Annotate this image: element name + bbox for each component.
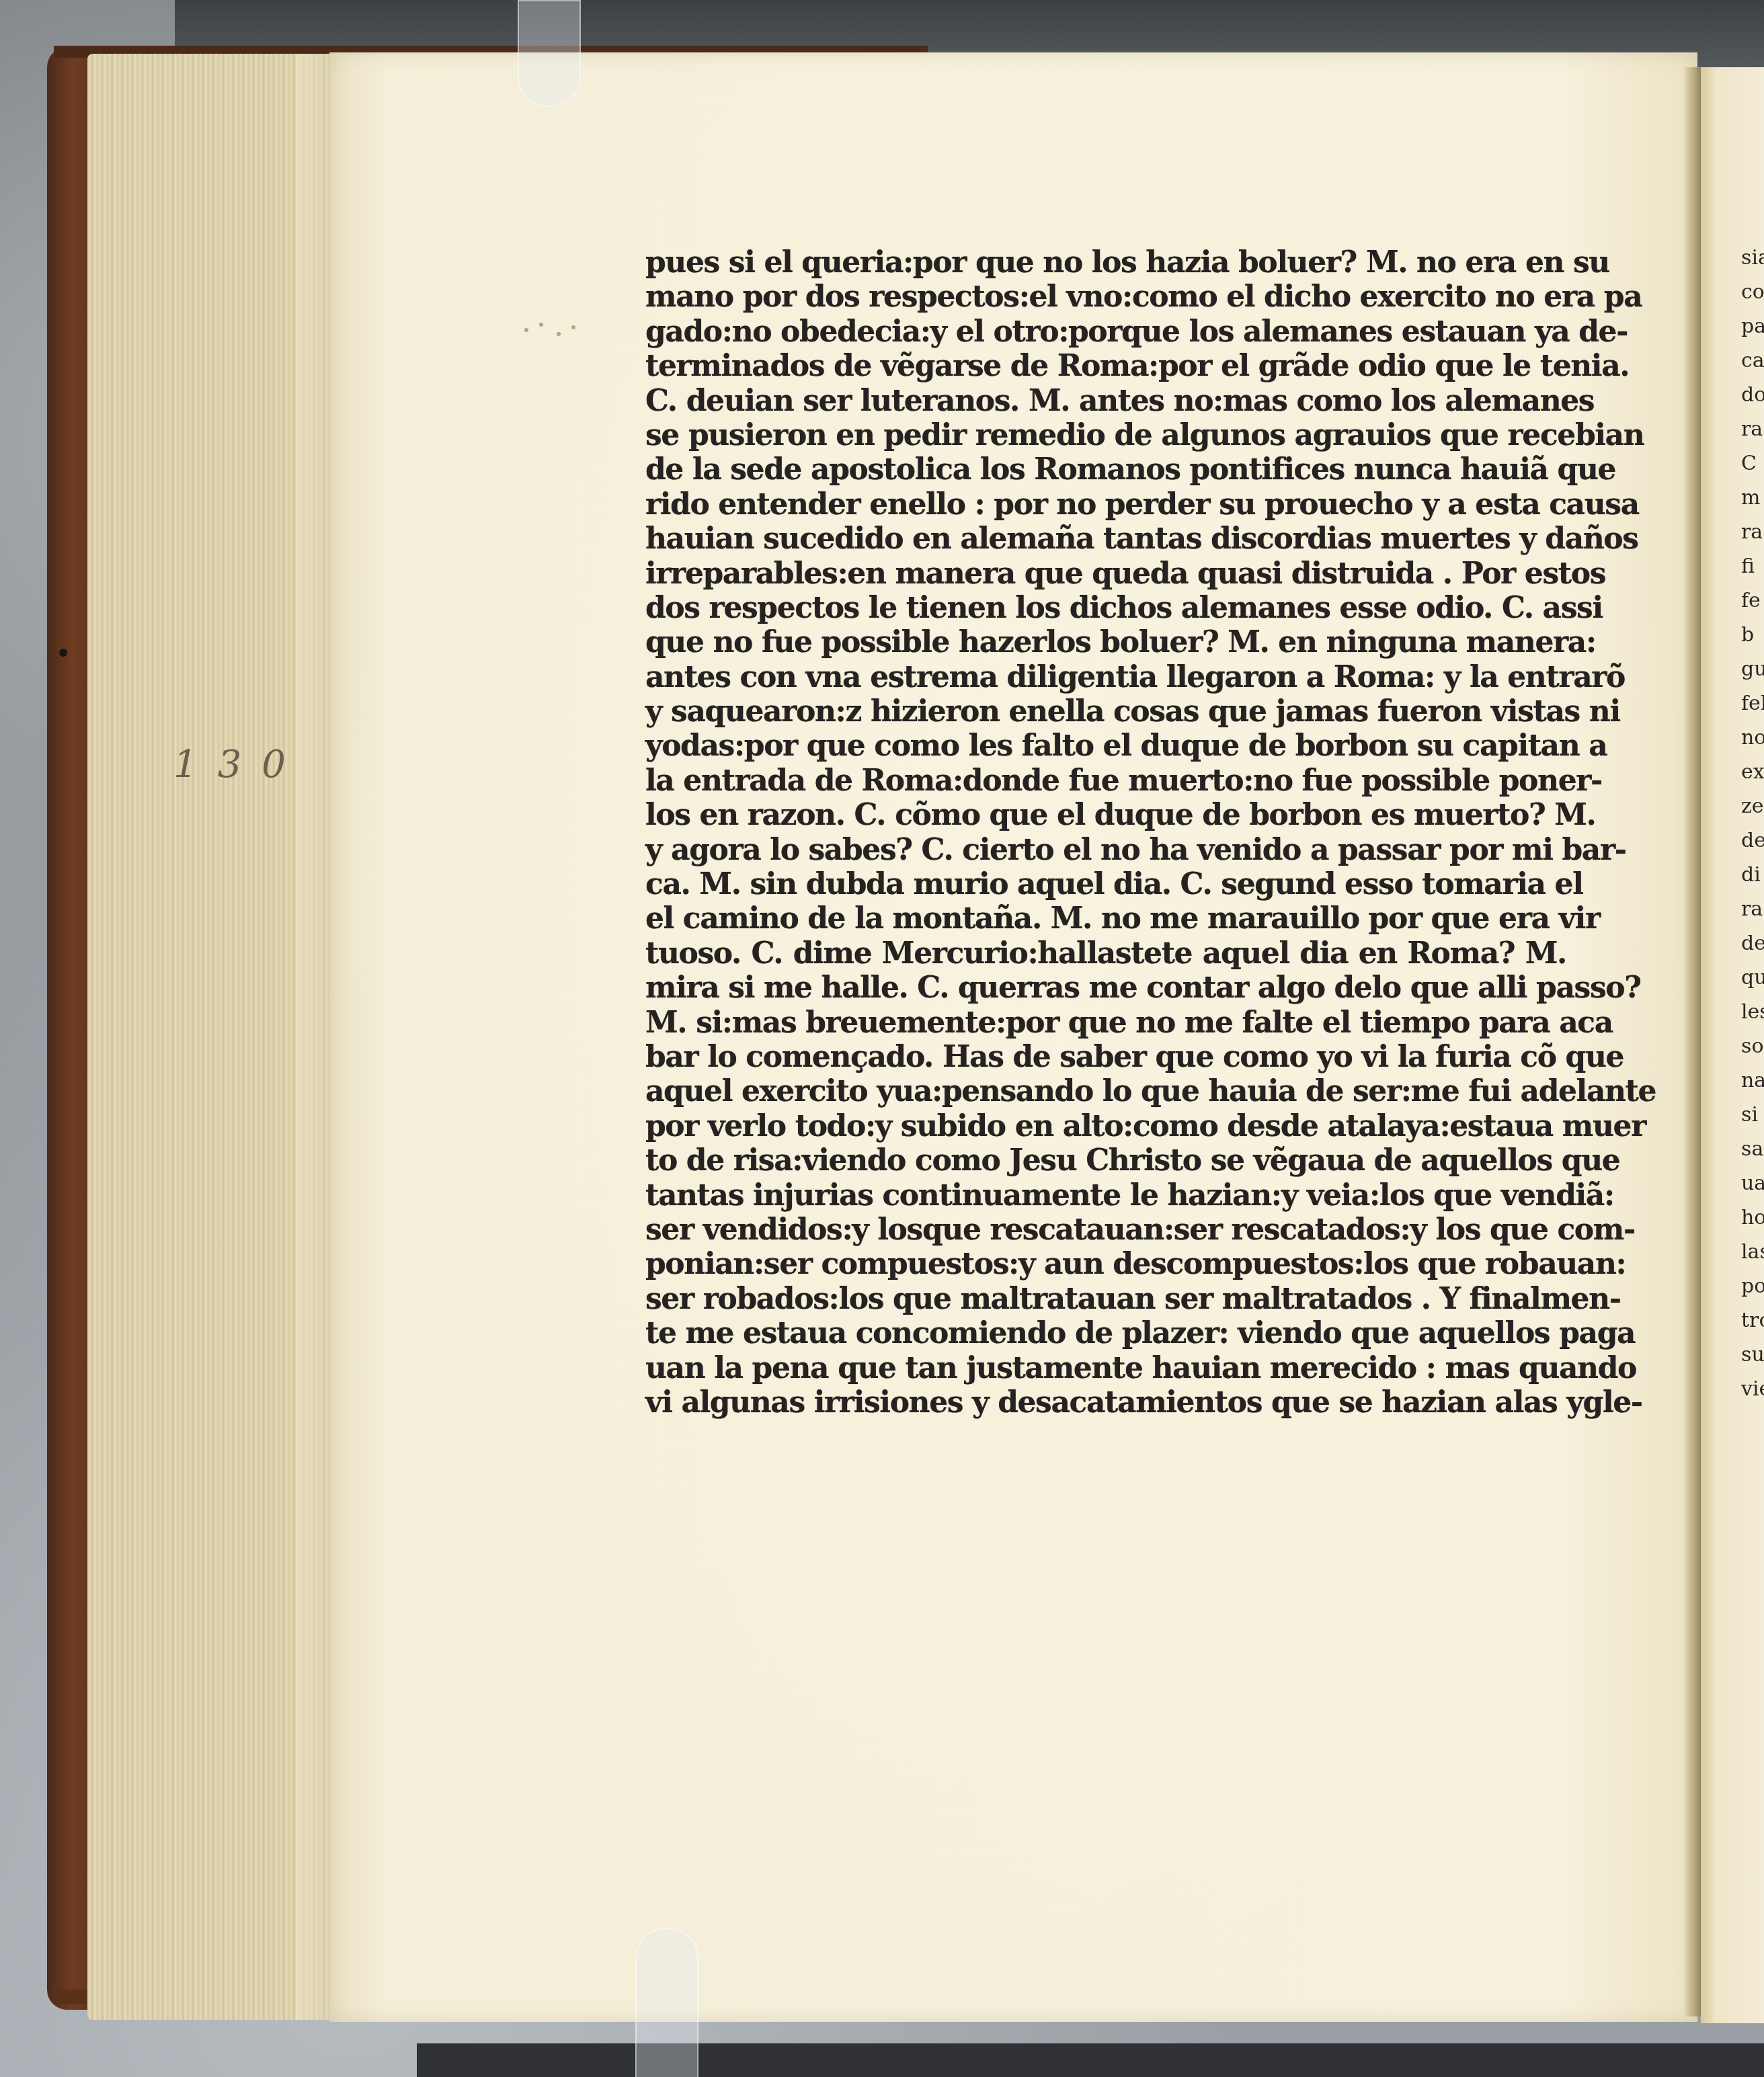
page-clip-top — [518, 0, 581, 107]
text-line: yodas:por que como les falto el duque de… — [645, 729, 1566, 763]
fragment-line: di — [1741, 858, 1764, 892]
speck — [539, 323, 543, 327]
fragment-line: sacar l — [1741, 1132, 1764, 1166]
fragment-line: con — [1741, 275, 1764, 309]
fragment-line: uan en — [1741, 1166, 1764, 1200]
cover-wormhole — [59, 649, 67, 657]
text-line: hauian sucedido en alemaña tantas discor… — [645, 522, 1566, 556]
text-line: se pusieron en pedir remedio de algunos … — [645, 418, 1566, 452]
fragment-line: homb — [1741, 1200, 1764, 1235]
text-line: vi algunas irrisiones y desacatamientos … — [645, 1385, 1566, 1420]
text-line: to de risa:viendo como Jesu Christo se v… — [645, 1143, 1566, 1178]
fragment-line: der — [1741, 926, 1764, 961]
fragment-line: pos:p — [1741, 1269, 1764, 1303]
fragment-line: nos — [1741, 721, 1764, 755]
text-line: rido entender enello : por no perder su … — [645, 487, 1566, 522]
fragment-line: ra — [1741, 892, 1764, 926]
fragment-line: exer — [1741, 755, 1764, 789]
text-line: pues si el queria:por que no los hazia b… — [645, 245, 1566, 280]
text-line: antes con vna estrema diligentia llegaro… — [645, 660, 1566, 694]
fragment-line: ra — [1741, 412, 1764, 446]
fragment-line: C — [1741, 446, 1764, 481]
fragment-line: feh — [1741, 686, 1764, 721]
fragment-line: m — [1741, 481, 1764, 515]
fragment-line: si selo — [1741, 1098, 1764, 1132]
margin-annotation-text: 130 — [173, 743, 306, 786]
fragment-line: tros g — [1741, 1303, 1764, 1338]
text-line: C. deuian ser luteranos. M. antes no:mas… — [645, 384, 1566, 418]
fragment-line: ra — [1741, 515, 1764, 549]
text-line: la entrada de Roma:donde fue muerto:no f… — [645, 764, 1566, 798]
speck — [557, 332, 561, 336]
fragment-line: de — [1741, 823, 1764, 858]
text-line: gado:no obedecia:y el otro:porque los al… — [645, 315, 1566, 349]
fragment-line: zen — [1741, 789, 1764, 823]
text-line: tantas injurias continuamente le hazian:… — [645, 1178, 1566, 1213]
fragment-line: do — [1741, 378, 1764, 412]
text-line: por verlo todo:y subido en alto:como des… — [645, 1109, 1566, 1143]
page-clip-bottom — [635, 1928, 698, 2077]
text-line: el camino de la montaña. M. no me maraui… — [645, 901, 1566, 936]
facing-page-text-fragments: sias con pas cau do ra C m ra fi fe b gu… — [1741, 241, 1764, 1406]
text-line: mano por dos respectos:el vno:como el di… — [645, 280, 1566, 314]
fragment-line: viesse — [1741, 1372, 1764, 1406]
text-line: dos respectos le tienen los dichos alema… — [645, 591, 1566, 625]
fragment-line: cau — [1741, 343, 1764, 378]
speck — [524, 328, 528, 332]
fragment-line: su pro — [1741, 1338, 1764, 1372]
text-line: ca. M. sin dubda murio aquel dia. C. seg… — [645, 867, 1566, 901]
text-line: uan la pena que tan justamente hauian me… — [645, 1351, 1566, 1385]
fragment-line: pas — [1741, 309, 1764, 343]
text-line: terminados de vẽgarse de Roma:por el grã… — [645, 349, 1566, 383]
text-line: bar lo començado. Has de saber que como … — [645, 1040, 1566, 1074]
text-line: y agora lo sabes? C. cierto el no ha ven… — [645, 833, 1566, 867]
text-line: te me estaua concomiendo de plazer: vien… — [645, 1316, 1566, 1350]
text-line: ser vendidos:y losque rescatauan:ser res… — [645, 1213, 1566, 1247]
fragment-line: nada — [1741, 1063, 1764, 1098]
speck — [571, 325, 575, 329]
text-line: mira si me halle. C. querras me contar a… — [645, 971, 1566, 1005]
text-line: aquel exercito yua:pensando lo que hauia… — [645, 1074, 1566, 1108]
text-line: irreparables:en manera que queda quasi d… — [645, 557, 1566, 591]
fragment-line: fe — [1741, 583, 1764, 618]
fragment-line: las epi — [1741, 1235, 1764, 1269]
bottom-shadow — [417, 2043, 1764, 2077]
text-line: tuoso. C. dime Mercurio:hallastete aquel… — [645, 936, 1566, 971]
paper-specks — [524, 323, 585, 343]
text-line: los en razon. C. cõmo que el duque de bo… — [645, 798, 1566, 832]
fragment-line: que — [1741, 961, 1764, 995]
fragment-line: son f — [1741, 1029, 1764, 1063]
fragment-line: b — [1741, 618, 1764, 652]
text-line: que no fue possible hazerlos boluer? M. … — [645, 625, 1566, 659]
fragment-line: sias — [1741, 241, 1764, 275]
text-line: de la sede apostolica los Romanos pontif… — [645, 452, 1566, 487]
margin-annotation: 130 — [173, 743, 306, 786]
fragment-line: gu — [1741, 652, 1764, 686]
main-text-block: pues si el queria:por que no los hazia b… — [645, 245, 1566, 1420]
text-line: ponian:ser compuestos:y aun descompuesto… — [645, 1247, 1566, 1281]
fragment-line: fi — [1741, 549, 1764, 583]
text-line: ser robados:los que maltratauan ser malt… — [645, 1282, 1566, 1316]
text-line: M. si:mas breuemente:por que no me falte… — [645, 1006, 1566, 1040]
text-line: y saquearon:z hizieron enella cosas que … — [645, 694, 1566, 729]
fragment-line: les:a — [1741, 995, 1764, 1029]
